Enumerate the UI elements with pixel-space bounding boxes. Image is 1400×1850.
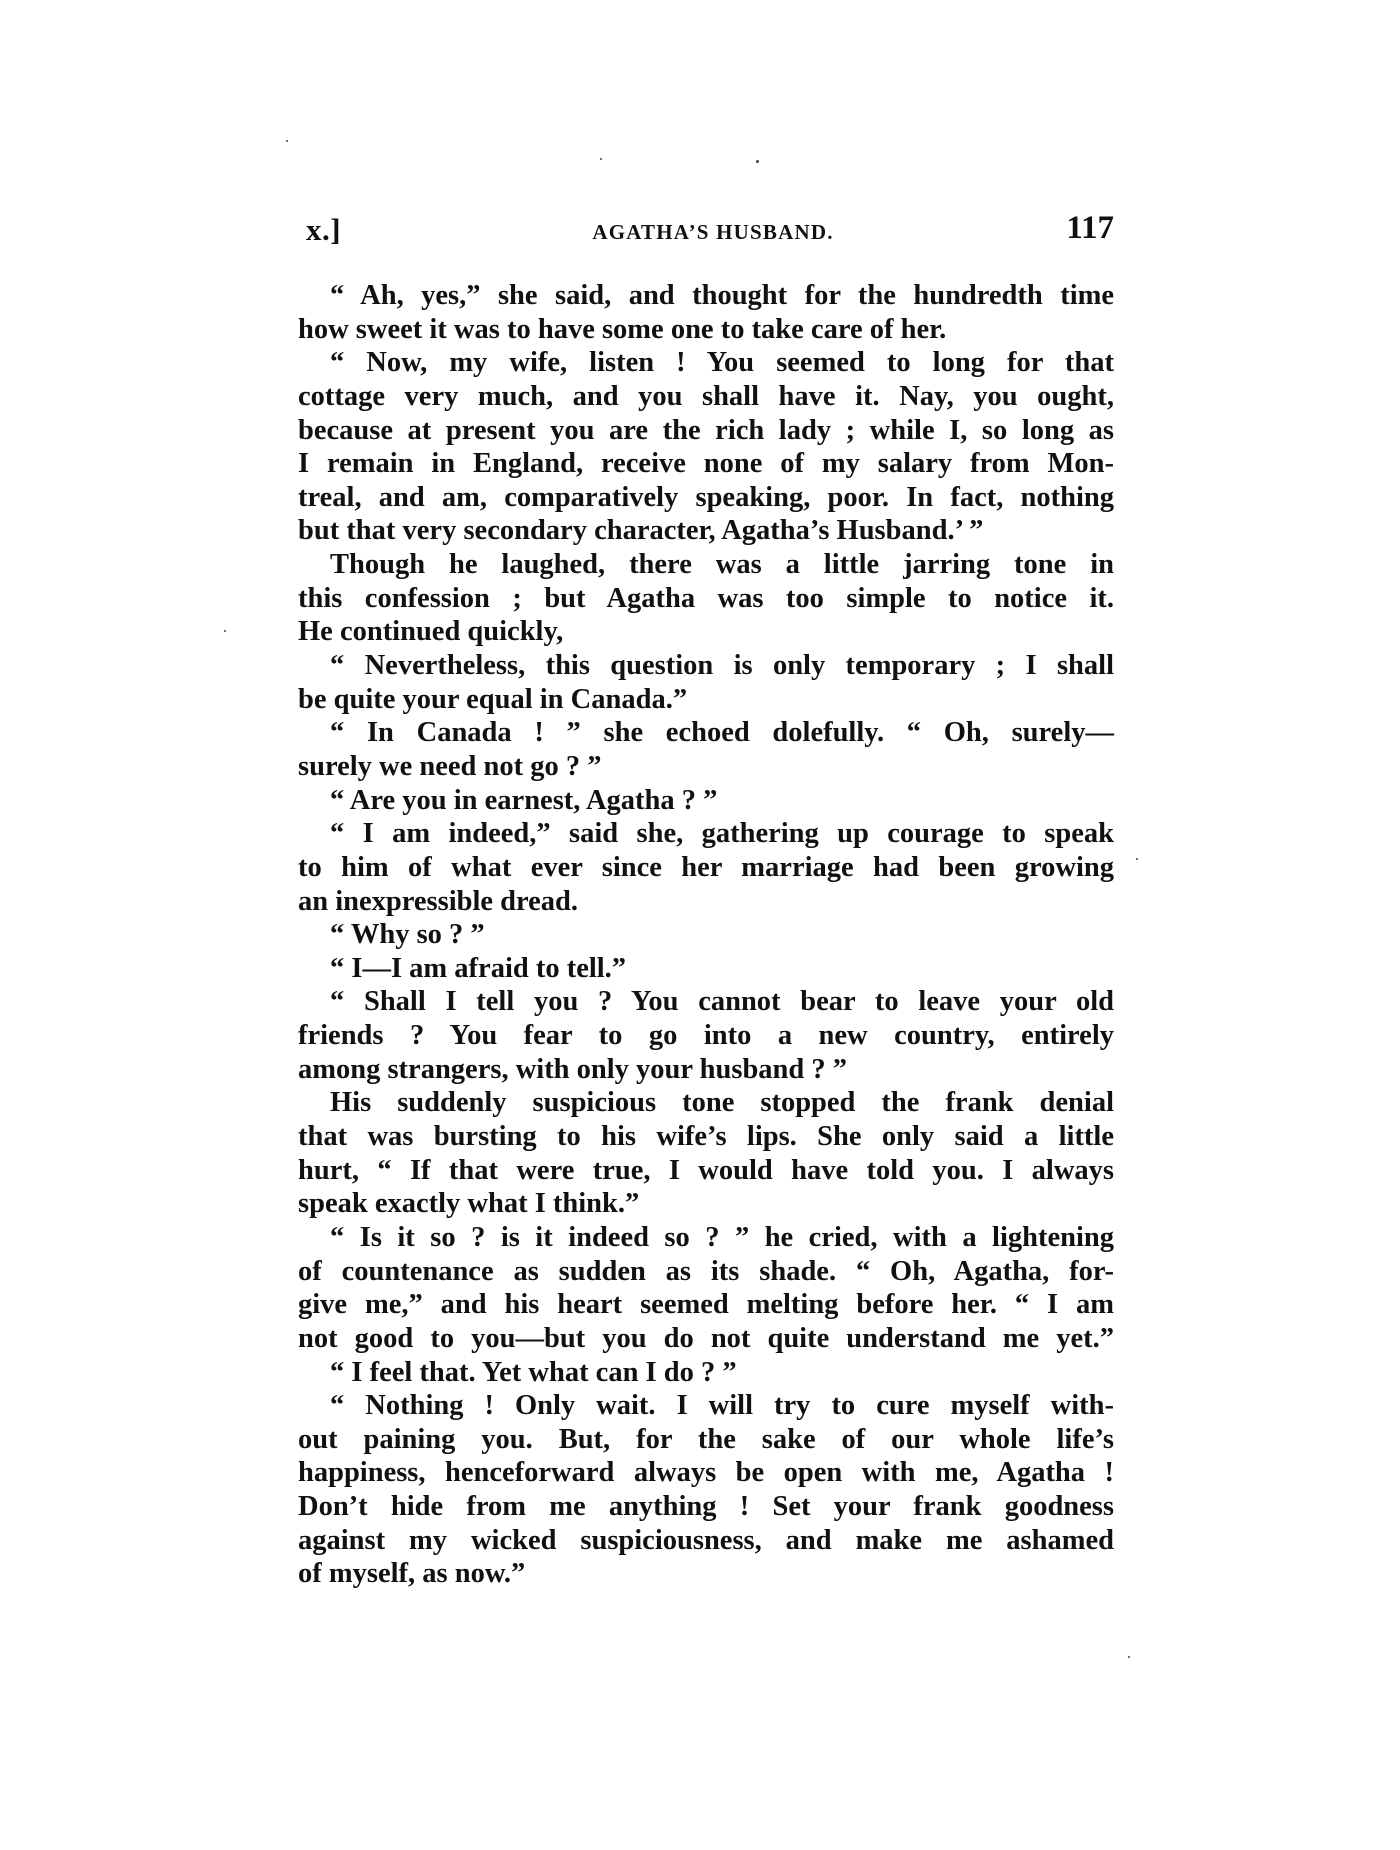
text-line: of countenance as sudden as its shade. “… (298, 1255, 1114, 1289)
text-line: Don’t hide from me anything ! Set your f… (298, 1490, 1114, 1524)
text-line: cottage very much, and you shall have it… (298, 380, 1114, 414)
text-line: happiness, henceforward always be open w… (298, 1456, 1114, 1490)
scan-speck (224, 630, 226, 632)
page-number: 117 (1066, 210, 1114, 247)
running-title: AGATHA’S HUSBAND. (298, 220, 1114, 245)
body-text: “ Ah, yes,” she said, and thought for th… (298, 279, 1114, 1591)
scan-speck (1136, 858, 1138, 860)
text-line: I remain in England, receive none of my … (298, 447, 1114, 481)
text-line: “ Nevertheless, this question is only te… (298, 649, 1114, 683)
text-line: among strangers, with only your husband … (298, 1053, 1114, 1087)
running-head: x.] AGATHA’S HUSBAND. 117 (298, 212, 1114, 252)
text-line: Though he laughed, there was a little ja… (298, 548, 1114, 582)
text-line: out paining you. But, for the sake of ou… (298, 1423, 1114, 1457)
text-line: “ Nothing ! Only wait. I will try to cur… (298, 1389, 1114, 1423)
book-page: x.] AGATHA’S HUSBAND. 117 “ Ah, yes,” sh… (298, 0, 1114, 1850)
text-line: “ I am indeed,” said she, gathering up c… (298, 817, 1114, 851)
text-line: “ I—I am afraid to tell.” (298, 952, 1114, 986)
scan-speck (600, 158, 602, 160)
text-line: hurt, “ If that were true, I would have … (298, 1154, 1114, 1188)
text-line: how sweet it was to have some one to tak… (298, 313, 1114, 347)
text-line: “ Why so ? ” (298, 918, 1114, 952)
text-line: an inexpressible dread. (298, 885, 1114, 919)
text-line: friends ? You fear to go into a new coun… (298, 1019, 1114, 1053)
text-line: against my wicked suspiciousness, and ma… (298, 1524, 1114, 1558)
text-line: not good to you—but you do not quite und… (298, 1322, 1114, 1356)
text-line: His suddenly suspicious tone stopped the… (298, 1086, 1114, 1120)
text-line: “ Ah, yes,” she said, and thought for th… (298, 279, 1114, 313)
text-line: to him of what ever since her marriage h… (298, 851, 1114, 885)
text-line: be quite your equal in Canada.” (298, 683, 1114, 717)
scan-speck (1128, 1656, 1130, 1658)
text-line: “ Are you in earnest, Agatha ? ” (298, 784, 1114, 818)
text-line: of myself, as now.” (298, 1557, 1114, 1591)
scan-speck (286, 140, 288, 142)
text-line: give me,” and his heart seemed melting b… (298, 1288, 1114, 1322)
text-line: “ Shall I tell you ? You cannot bear to … (298, 985, 1114, 1019)
text-line: “ In Canada ! ” she echoed dolefully. “ … (298, 716, 1114, 750)
text-line: this confession ; but Agatha was too sim… (298, 582, 1114, 616)
text-line: “ Now, my wife, listen ! You seemed to l… (298, 346, 1114, 380)
text-line: treal, and am, comparatively speaking, p… (298, 481, 1114, 515)
text-line: speak exactly what I think.” (298, 1187, 1114, 1221)
text-line: “ I feel that. Yet what can I do ? ” (298, 1356, 1114, 1390)
text-line: because at present you are the rich lady… (298, 414, 1114, 448)
text-line: that was bursting to his wife’s lips. Sh… (298, 1120, 1114, 1154)
text-line: “ Is it so ? is it indeed so ? ” he crie… (298, 1221, 1114, 1255)
text-line: surely we need not go ? ” (298, 750, 1114, 784)
scan-speck (756, 160, 759, 163)
text-line: He continued quickly, (298, 615, 1114, 649)
text-line: but that very secondary character, Agath… (298, 514, 1114, 548)
